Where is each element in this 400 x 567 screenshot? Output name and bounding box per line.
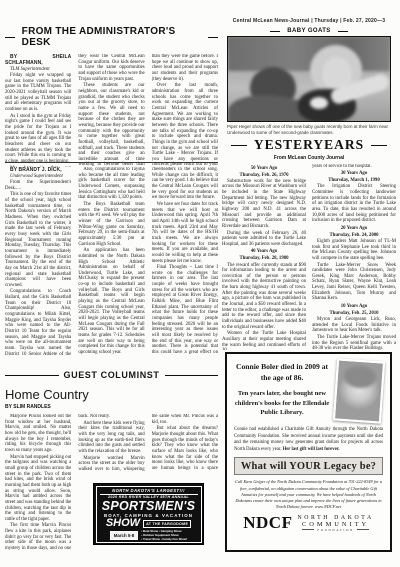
byline-title: TLM Superintendent [5,67,71,72]
head-rule [165,375,219,376]
paragraph: An application has been submitted to the… [78,248,144,355]
yesteryears-column-2: years of service to the hospital.30 Year… [312,164,396,350]
ad-title: SPORTSMEN'S [102,500,196,513]
ndcf-headline: Connie Boler died in 2009 at the age of … [234,362,330,383]
photo-goat-snout [310,97,328,109]
logo-rule [357,529,369,530]
paragraph: Marvin had stopped picking out the tailg… [5,455,71,523]
paragraph: The reward offer currently stands at $90… [222,263,306,331]
paragraph: Eighth graders Matt Johnson of TL-M took… [312,239,396,262]
paragraph: Thursday, Feb. 28, 1980 [222,256,306,262]
paragraph: This is one of my favorite times of the … [5,192,71,288]
byline: BY SLIM RANDLES [5,404,218,410]
yesteryears-headline: YESTERYEARS [254,137,364,153]
dash-rule [231,145,247,146]
section-yesteryears: YESTERYEARS From McLean County Journal 5… [222,137,396,350]
dash-rule [5,37,15,38]
paragraph: Thursday, Feb. 24, 2000 [312,233,396,239]
article-columns: BY BRANDT J. DICK, Underwood Superintend… [5,167,218,355]
ad-banner: NORTH DAKOTA'S LARGEST!!! [100,488,198,495]
ndcf-body-text: Connie had established a Charitable Gift… [234,427,383,453]
paragraph: Substructure work for the new bridge acr… [222,179,306,230]
ad-dates: March 5-8 [110,531,139,540]
article-column-2: Also, congratulations to Taysha who beca… [78,167,144,355]
article-column-3: than they were the game before. I hope w… [152,54,218,167]
article-column-1: Marjorie Pincus looked out the front win… [5,414,71,550]
ad-date-row: March 5-8 • Boat Show • Camping Show • O… [100,530,198,541]
article-column-1: BY BRANDT J. DICK, Underwood Superintend… [5,167,71,355]
article-column-2: they wear the Central McLean Cougar unif… [78,54,144,167]
ad-sportsmens-show: NORTH DAKOTA'S LARGEST!!! 2020 RED RIVER… [93,483,204,545]
paragraph: Friday night we wrapped up our last home… [5,73,71,113]
paragraph: Thursday, Feb. 26, 1970 [222,173,306,179]
administrators-desk-headline: FROM THE ADMINISTRATOR'S DESK [22,26,202,48]
photo-background-board [228,37,390,71]
column-title-home-country: Home Country [5,387,218,402]
section-head: FROM THE ADMINISTRATOR'S DESK [5,26,218,48]
ndcf-logo-line2: COMMUNITY [297,521,373,528]
paragraph: Final Thoughts – Last time I wrote on th… [152,265,218,355]
article-column-3: the same when Mr. Pincus was a kid, too.… [152,414,218,472]
ndcf-logo-line3-wrap: FOUNDATION [297,528,373,532]
dash-rule [338,31,348,32]
paragraph: Myron and Georgeann Lick, Ruso, attended… [312,317,396,334]
ad-ndcf-legacy: Connie Boler died in 2009 at the age of … [225,352,392,552]
yesteryears-columns: 50 Years AgoThursday, Feb. 26, 1970Subst… [222,164,396,350]
yesteryears-source: From McLean County Journal [222,155,396,161]
paragraph: Marjorie watched Marvin across the stree… [78,456,144,472]
ndcf-logo-text: NORTH DAKOTA COMMUNITY FOUNDATION [297,515,373,532]
paragraph: These students are our neighbors, our cl… [78,83,144,167]
paragraph: Also, congratulations to Taysha who beca… [78,167,144,201]
byline-title: Underwood Superintendent [5,174,71,179]
paragraph: The Turtle Lake-Mercer Trojans moved int… [312,335,396,350]
paragraph: 40 Years Ago [222,249,306,255]
article-column-1: BY SHEILA SCHLAFMANN, TLM Superintendent… [5,54,71,167]
ad-show-row: SHOW AT THE FARGODOME [100,518,198,529]
paragraph: During the week of February 26, 40 patie… [222,231,306,248]
paragraph: years of service to the hospital. [312,164,396,170]
paragraph: From the Superintendent's Desk..... [5,180,71,191]
ndcf-top-row: Connie Boler died in 2009 at the age of … [234,360,383,422]
ndcf-logo: NDCF [243,513,292,533]
dash-rule [270,31,280,32]
paragraph: The Irrigation District Steering Committ… [312,184,396,224]
ad-bullet: • Travel Show • Family Fun Show! [141,538,187,542]
section-administrators-desk: FROM THE ADMINISTRATOR'S DESK BY SHEILA … [5,26,218,167]
paragraph: Turtle Lake-Mercer Snow Week candidates … [312,263,396,303]
section-head: YESTERYEARS [222,137,396,153]
paragraph: We have set four dates for track meets t… [152,202,218,264]
ndcf-logo-row: NDCF NORTH DAKOTA COMMUNITY FOUNDATION [234,513,383,533]
paragraph: As I stood in the gym at Friday night's … [5,114,71,165]
paragraph: Thursday, Feb. 25, 2010 [312,311,396,317]
ad-inner-frame: NORTH DAKOTA'S LARGEST!!! 2020 RED RIVER… [96,486,202,543]
dash-rule [208,37,218,38]
paragraph: And here these kids were flying their ki… [78,421,144,455]
ad-bullet-list: • Boat Show • Camping Show • Outdoor Equ… [141,530,187,541]
paragraph: than they were the game before. I hope w… [152,54,218,82]
byline: BY SHEILA SCHLAFMANN, [5,54,71,66]
head-rule [5,375,59,376]
section-baby-goats: BABY GOATS Piper Heger shows off one of … [222,28,396,136]
paragraph: Congratulations to Coach Ballard, and th… [5,289,71,355]
paragraph: back. Not really. [78,414,144,420]
section-head: GUEST COLUMINST [5,370,218,380]
dash-rule [371,145,387,146]
ad-venue: AT THE FARGODOME [143,520,191,528]
section-superintendents-desk: BY BRANDT J. DICK, Underwood Superintend… [5,162,218,355]
paragraph: 50 Years Ago [222,166,306,172]
paragraph: The Boys Basketball team enters the Dist… [78,202,144,247]
article-columns: BY SHEILA SCHLAFMANN, TLM Superintendent… [5,54,218,167]
ndcf-body-bold: Her last gift will last forever. [283,447,340,452]
paragraph: 30 Years Ago [312,171,396,177]
masthead: Central McLean News-Journal | Thursday |… [222,18,396,24]
ndcf-legacy-question: What will YOUR Legacy be? [234,457,383,475]
article-column-3: cheerleaders in the school song. While c… [152,167,218,355]
photo-connie-portrait [333,358,385,423]
column-text: From the Superintendent's Desk.....This … [5,180,71,355]
paragraph: Marjorie Pincus looked out the front win… [5,414,71,454]
ndcf-logo-line3: FOUNDATION [317,528,354,532]
paragraph: Women of the Turtle Lake Hospital Auxili… [222,331,306,350]
section-head: BABY GOATS [222,28,396,34]
yesteryears-column-1: 50 Years AgoThursday, Feb. 26, 1970Subst… [222,164,306,350]
paragraph: 20 Years Ago [312,226,396,232]
guest-columnist-headline: GUEST COLUMINST [64,370,160,380]
column-text: Friday night we wrapped up our last home… [5,73,71,167]
ndcf-fine-print: Call Kara Geiger of the North Dakota Com… [234,479,383,510]
byline: BY BRANDT J. DICK, [5,167,71,173]
article-column-2: back. Not really.And here these kids wer… [78,414,144,472]
baby-goats-headline: BABY GOATS [287,28,330,34]
logo-rule [302,529,314,530]
paragraph: 10 Years Ago [312,304,396,310]
paragraph: The first time Marvin Pincus flew a kite… [5,523,71,550]
ndcf-subhead: Ten years later, she bought new children… [234,389,330,418]
paragraph: But what about the dreams? Marjorie thou… [152,426,218,472]
paragraph: Thursday, March 1, 1990 [312,178,396,184]
paragraph: the same when Mr. Pincus was a kid, too. [152,414,218,425]
ad-show-word: SHOW [106,518,140,529]
paragraph: Over the last month, administration from… [152,83,218,167]
paragraph: they wear the Central McLean Cougar unif… [78,54,144,82]
photo-baby-goats [227,36,391,122]
photo-caption: Piper Heger shows off one of the new bab… [227,124,391,136]
ndcf-headline-block: Connie Boler died in 2009 at the age of … [234,360,330,422]
paragraph: cheerleaders in the school song. While c… [152,167,218,201]
